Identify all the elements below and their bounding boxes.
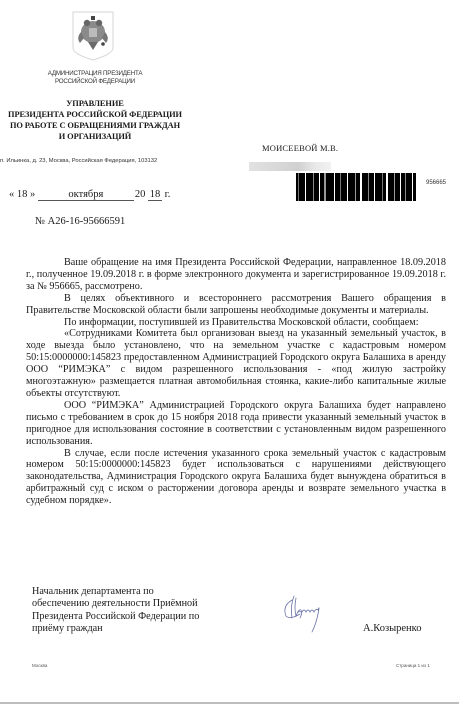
date-year-prefix: 20 [135,189,146,200]
body-paragraph: В случае, если после истечения указанног… [26,448,446,508]
barcode [296,173,421,201]
date-open-quote: « [9,189,14,200]
page-bottom-edge [0,702,459,704]
department-line: И ОРГАНИЗАЦИЙ [0,131,190,142]
registration-label: № [35,216,45,227]
department-line: УПРАВЛЕНИЕ [0,98,190,109]
handwritten-signature-icon [280,590,340,635]
body-paragraph: По информации, поступившей из Правительс… [26,317,446,329]
date-day: 18 [17,189,28,200]
administration-heading: АДМИНИСТРАЦИЯ ПРЕЗИДЕНТА РОССИЙСКОЙ ФЕДЕ… [0,70,190,86]
sender-address: п. Ильинка, д. 23, Москва, Российская Фе… [0,158,157,164]
position-line: Президента Российской Федерации по [32,611,199,623]
body-paragraph: ООО “РИМЭКА” Администрацией Городского о… [26,400,446,448]
department-line: ПО РАБОТЕ С ОБРАЩЕНИЯМИ ГРАЖДАН [0,120,190,131]
position-line: обеспечению деятельности Приёмной [32,598,199,610]
date-close-quote: » [30,189,35,200]
page-number: Страница 1 из 1 [396,663,430,668]
department-line: ПРЕЗИДЕНТА РОССИЙСКОЙ ФЕДЕРАЦИИ [0,109,190,120]
signer-name: А.Козыренко [363,623,422,634]
recipient-name: МОИСЕЕВОЙ М.В. [262,143,338,153]
position-line: приёму граждан [32,623,199,635]
body-paragraph: Ваше обращение на имя Президента Российс… [26,257,446,293]
coat-of-arms-icon [70,10,116,62]
administration-line: РОССИЙСКОЙ ФЕДЕРАЦИИ [0,78,190,86]
date-suffix: г. [165,189,171,200]
registration-number: № А26-16-95666591 [35,216,125,227]
letter-body: Ваше обращение на имя Президента Российс… [26,257,446,507]
date-month: октября [38,189,134,201]
department-heading: УПРАВЛЕНИЕ ПРЕЗИДЕНТА РОССИЙСКОЙ ФЕДЕРАЦ… [0,98,190,142]
administration-line: АДМИНИСТРАЦИЯ ПРЕЗИДЕНТА [0,70,190,78]
registration-value: А26-16-95666591 [48,216,126,227]
signatory-position: Начальник департамента по обеспечению де… [32,586,199,635]
footer-city: Москва [32,663,47,668]
redacted-address [249,162,331,171]
body-paragraph: В целях объективного и всестороннего рас… [26,293,446,317]
date-year-suffix: 18 [148,189,162,201]
body-paragraph: «Сотрудниками Комитета был организован в… [26,328,446,399]
letter-date: « 18 » октября20 18 г. [9,189,170,201]
barcode-number: 956665 [426,180,446,186]
position-line: Начальник департамента по [32,586,199,598]
